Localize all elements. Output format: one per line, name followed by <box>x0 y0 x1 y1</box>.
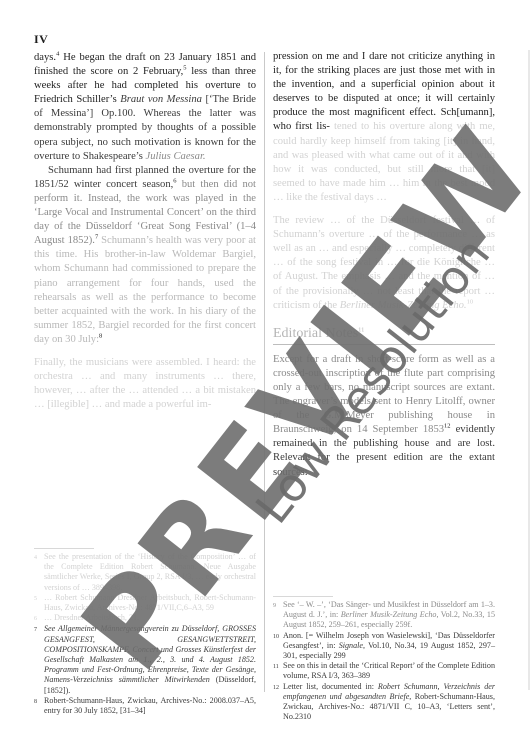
footnote: 6 … Dresdner Arbeitsbuch, 21. <box>34 613 256 624</box>
footnote: 4 See the presentation of the ‘History o… <box>34 552 256 593</box>
paragraph: Except for a draft in short-score form a… <box>273 353 495 480</box>
footnote: 11 See on this in detail the ‘Critical R… <box>273 661 495 681</box>
footnote: 5 … Robert Schumann Dresdner Arbeitsbuch… <box>34 593 256 613</box>
footnote: 12 Letter list, documented in: Robert Sc… <box>273 682 495 723</box>
footnote-ref[interactable]: 8 <box>99 332 102 339</box>
paragraph: pression on me and I dare not criticize … <box>273 50 495 205</box>
right-column: pression on me and I dare not criticize … <box>273 50 495 480</box>
footnote: 7 See Allgemeiner Männergesangverein zu … <box>34 624 256 695</box>
footnote-rule <box>34 548 94 549</box>
footnote-ref[interactable]: 10 <box>467 298 474 305</box>
page-number: IV <box>34 32 48 47</box>
column-divider <box>264 52 265 692</box>
footnote: 9 See ‘– W. –’, ‘Das Sänger- und Musikfe… <box>273 600 495 631</box>
block-quote: Finally, the musicians were assembled. I… <box>34 356 256 412</box>
footnote: 10 Anon. [= Wilhelm Joseph von Wasielews… <box>273 631 495 662</box>
footnote-ref[interactable]: 11 <box>358 326 364 333</box>
footnote-rule <box>273 596 333 597</box>
paragraph: Schumann had first planned the overture … <box>34 164 256 347</box>
footnotes-right: 9 See ‘– W. –’, ‘Das Sänger- und Musikfe… <box>273 600 495 722</box>
paragraph: The review … of the Düsseldorf festival … <box>273 214 495 313</box>
left-column: days.4 He began the draft on 23 January … <box>34 51 256 412</box>
footnotes-left: 4 See the presentation of the ‘History o… <box>34 552 256 716</box>
footnote: 8 Robert-Schumann-Haus, Zwickau, Archive… <box>34 696 256 716</box>
paragraph: days.4 He began the draft on 23 January … <box>34 51 256 164</box>
section-heading: Editorial Notes11 <box>273 327 495 345</box>
